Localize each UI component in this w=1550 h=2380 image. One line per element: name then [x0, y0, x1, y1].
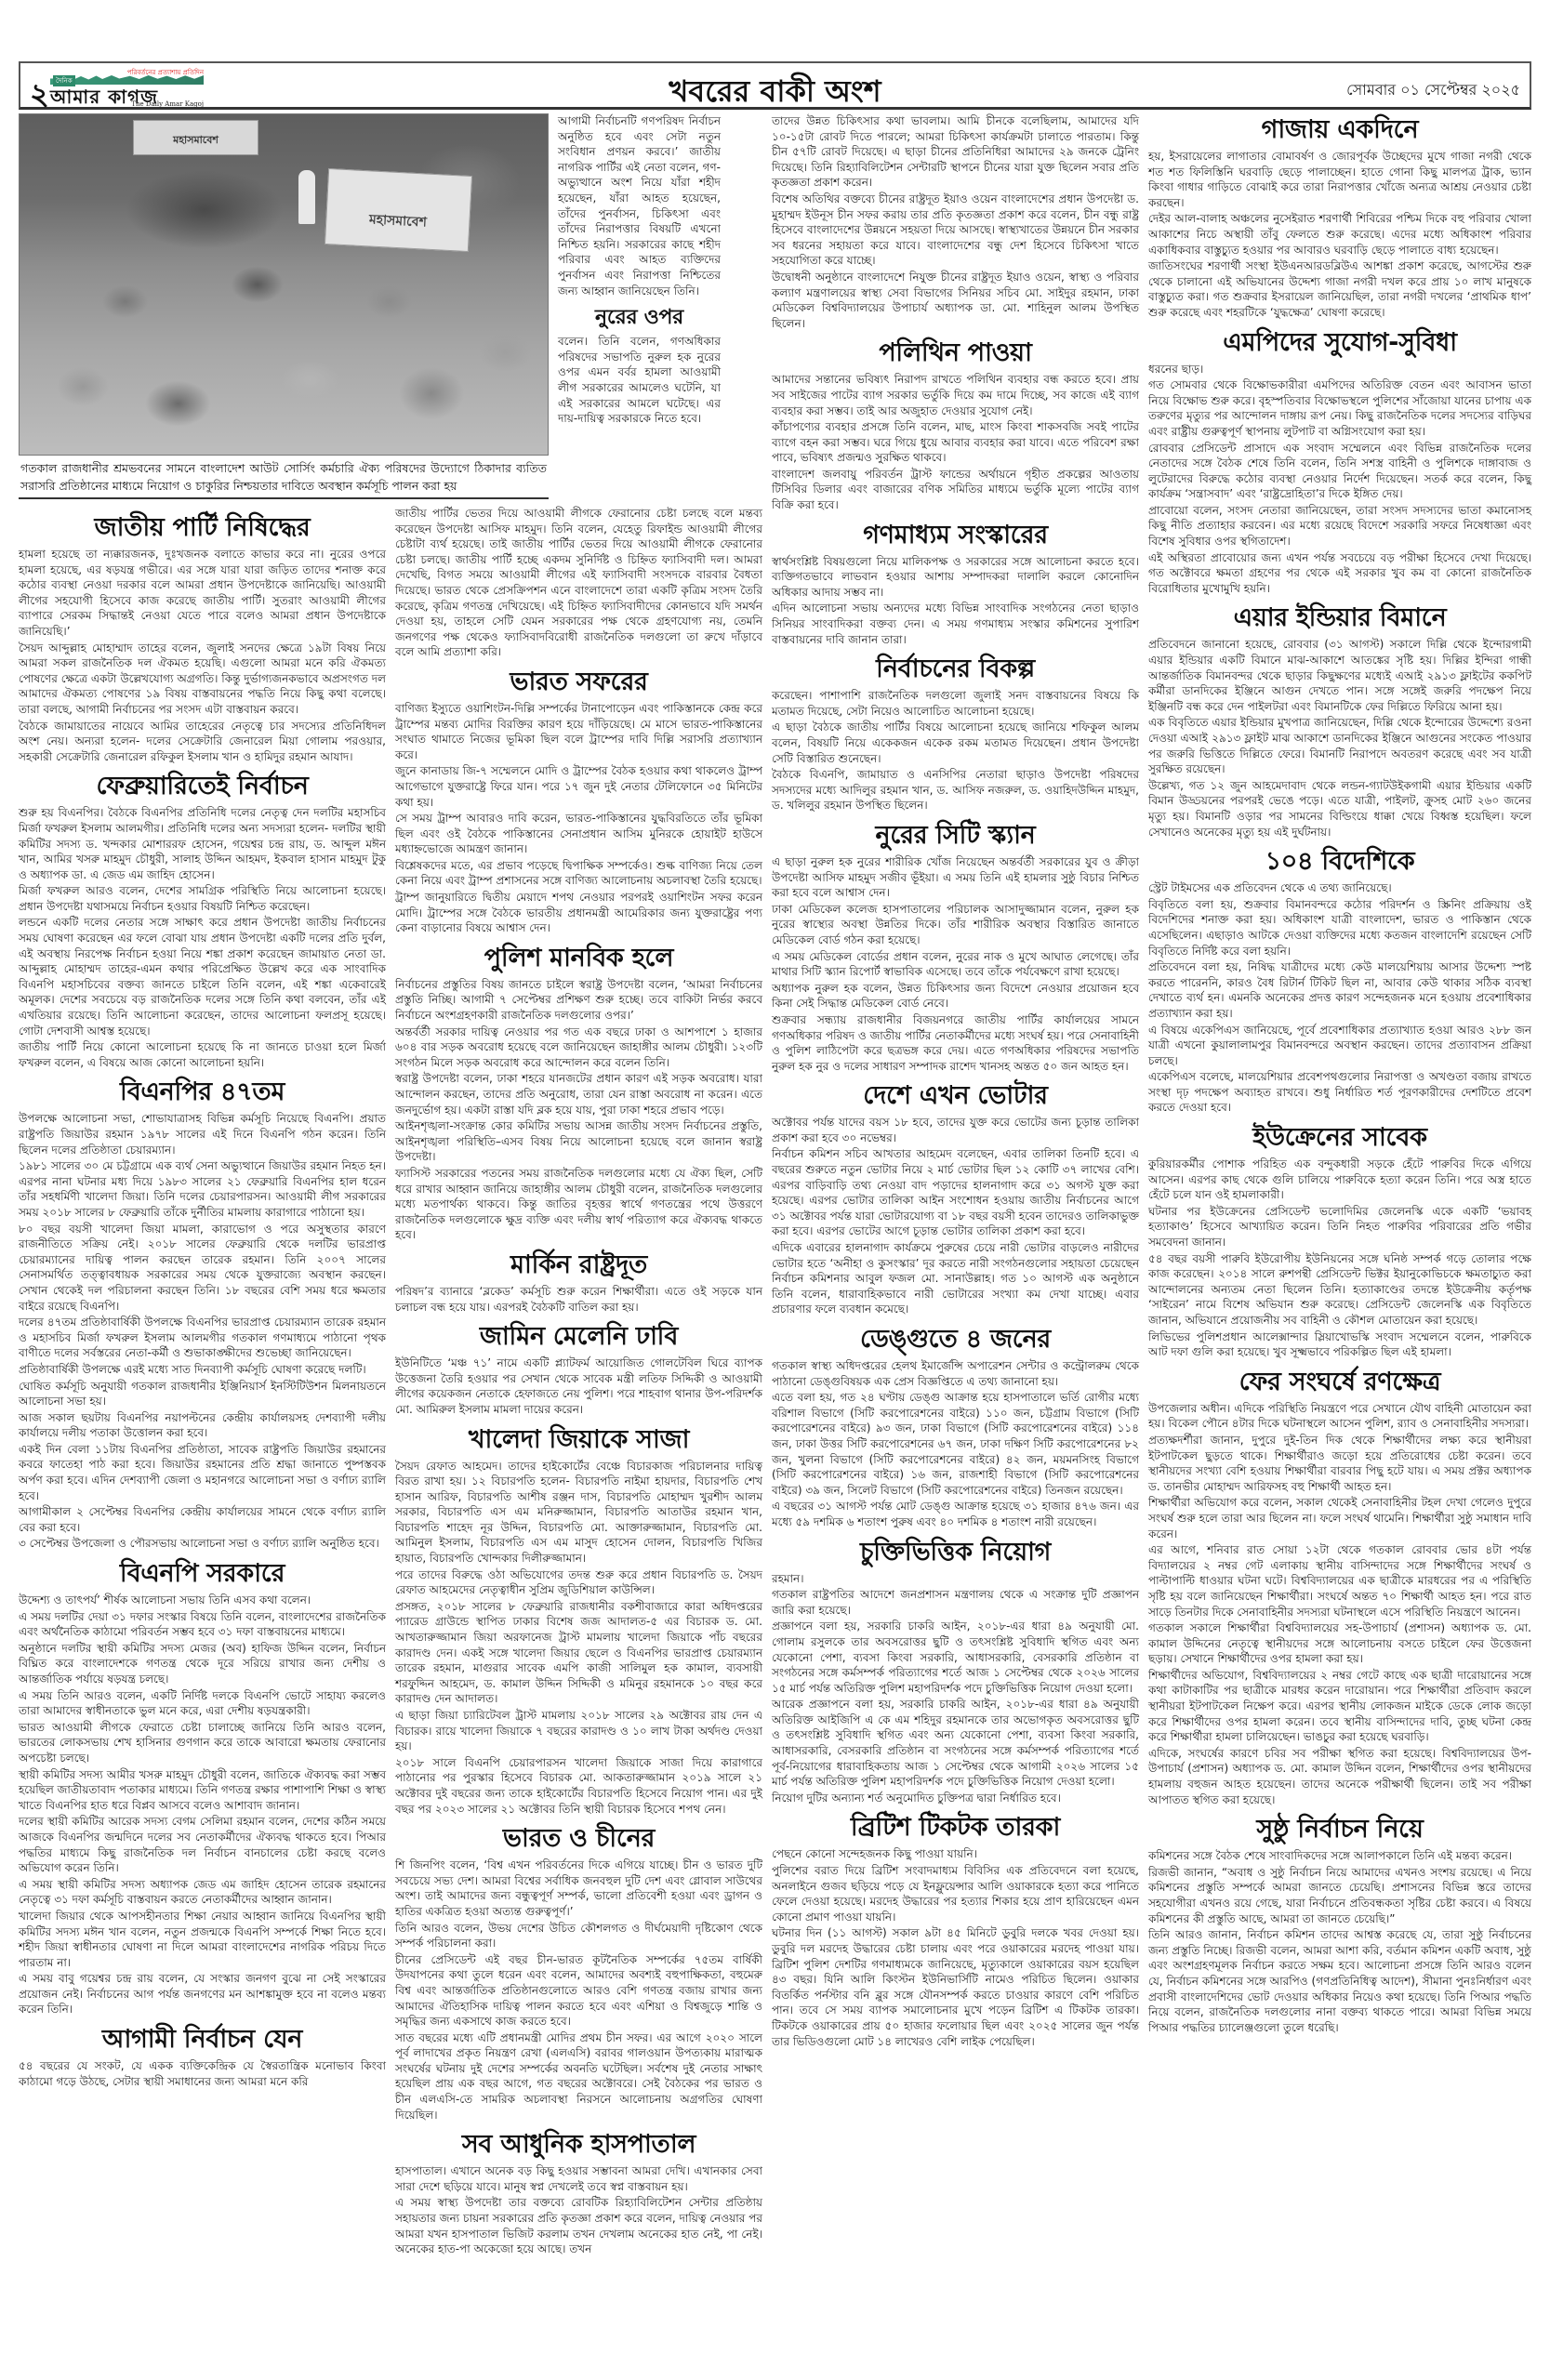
photo-banner-top: মহাসমাবেশ: [133, 120, 258, 155]
paragraph: এ ছাড়া বৈঠকে জাতীয় পার্টির বিষয়ে আলোচ…: [772, 720, 1139, 766]
paragraph: মির্জা ফখরুল আরও বলেন, দেশের সামগ্রিক পর…: [19, 883, 386, 914]
paragraph: তিনি আরও বলেন, উভয় দেশের উচিত কৌশলগত ও …: [395, 1921, 762, 1951]
paragraph: হামলা হয়েছে তা ন্যক্কারজনক, দুঃখজনক বলা…: [19, 547, 386, 640]
paragraph: স্ট্রেট টাইমসের এক প্রতিবেদন থেকে এ তথ্য…: [1148, 880, 1531, 896]
paragraph: প্রতিবেদনে বলা হয়, নিষিদ্ধ যাত্রীদের মধ…: [1148, 959, 1531, 1021]
paragraph: এই অস্থিরতা প্রাবোয়োর জন্য এখন পর্যন্ত …: [1148, 550, 1531, 597]
photo-figure: [298, 170, 315, 224]
paragraph: উপজেলার অধীন। এদিকে পরিস্থিতি নিয়ন্ত্রণ…: [1148, 1401, 1531, 1432]
paragraph: একেপিএস বলেছে, মালয়েশিয়ার প্রবেশপথগুলো…: [1148, 1069, 1531, 1116]
beside-photo-text: আগামী নির্বাচনটি গণপরিষদ নির্বাচন অনুষ্ঠ…: [558, 113, 721, 428]
paragraph: আরেক প্রজ্ঞাপনে বলা হয়, সরকারি চাকরি আই…: [772, 1697, 1139, 1790]
paragraph: ঘটনার দিন (১১ আগস্ট) সকাল ৯টা ৪৫ মিনিটে …: [772, 1925, 1139, 2049]
paragraph: এর আগে, শনিবার রাত সোয়া ১২টা থেকে গতকাল…: [1148, 1542, 1531, 1620]
side-paragraph: আগামী নির্বাচনটি গণপরিষদ নির্বাচন অনুষ্ঠ…: [558, 113, 721, 298]
paragraph: সৈয়দ রেফাত আহমেদ। তাদের হাইকোর্টের বেঞ্…: [395, 1459, 762, 1567]
paragraph: এ সময় স্থায়ী কমিটির সদস্য অধ্যাপক জেড …: [19, 1877, 386, 1908]
headline[interactable]: নির্বাচনের বিকল্প: [772, 653, 1139, 686]
headline[interactable]: এমপিদের সুযোগ-সুবিধা: [1148, 326, 1531, 360]
column-2: জাতীয় পার্টির ভেতর দিয়ে আওয়ামী লীগকে …: [395, 506, 762, 2258]
paragraph: শুক্রবার সন্ধ্যায় রাজধানীর বিজয়নগরে জা…: [772, 1012, 1139, 1074]
paragraph: এতে বলা হয়, গত ২৪ ঘণ্টায় ডেঙ্গু আক্রান…: [772, 1390, 1139, 1498]
paragraph: ইউনিটিতে ‘মঞ্চ ৭১’ নামে একটি প্ল্যাটফর্ম…: [395, 1355, 762, 1417]
paragraph: দলের ৪৭তম প্রতিষ্ঠাবার্ষিকী উপলক্ষে বিএন…: [19, 1315, 386, 1361]
paragraph: এ বিষয়ে একেপিএস জানিয়েছে, পূর্বে প্রবে…: [1148, 1023, 1531, 1069]
paragraph: রোববার প্রেসিডেন্ট প্রাসাদে এক সংবাদ সম্…: [1148, 441, 1531, 502]
column-3: তাদের উন্নত চিকিৎসার কথা ভাবলাম। আমি চীন…: [772, 113, 1139, 2050]
paragraph: অন্তর্বর্তী সরকার দায়িত্ব নেওয়ার পর গত…: [395, 1025, 762, 1071]
paragraph: আমাদের সন্তানের ভবিষ্যৎ নিরাপদ রাখতে পলি…: [772, 372, 1139, 418]
paragraph: এ ছাড়া জিয়া চ্যারিটেবল ট্রাস্ট মামলায়…: [395, 1708, 762, 1754]
paragraph: ট্রাম্প জানুয়ারিতে দ্বিতীয় মেয়াদে শপথ…: [395, 890, 762, 936]
paragraph: শুরু হয় বিএনপির। বৈঠকে বিএনপির প্রতিনিধ…: [19, 805, 386, 882]
paragraph: ৩ সেপ্টেম্বর উপজেলা ও পৌরসভায় আলোচনা সভ…: [19, 1536, 386, 1552]
paragraph: এ সময় তিনি আরও বলেন, একটি নির্দিষ্ট দলক…: [19, 1688, 386, 1719]
paragraph: আজ সকাল ছয়টায় বিএনপির নয়াপল্টনের কেন্…: [19, 1410, 386, 1441]
headline[interactable]: ব্রিটিশ টিকটক তারকা: [772, 1811, 1139, 1844]
headline[interactable]: ফের সংঘর্ষে রণক্ষেত্র: [1148, 1366, 1531, 1399]
paragraph: চীনের প্রেসিডেন্ট এই বছর চীন-ভারত কূটনৈত…: [395, 1952, 762, 2030]
headline[interactable]: পুলিশ মানবিক হলে: [395, 942, 762, 975]
paragraph: অক্টোবর পর্যন্ত যাদের বয়স ১৮ হবে, তাদের…: [772, 1115, 1139, 1145]
paragraph: পেছনে কোনো সন্দেহজনক কিছু পাওয়া যায়নি।: [772, 1846, 1139, 1862]
paragraph: ফ্যাসিস্ট সরকারের পতনের সময় রাজনৈতিক দল…: [395, 1166, 762, 1243]
paragraph: আগামীকাল ২ সেপ্টেম্বর বিএনপির কেন্দ্রীয়…: [19, 1504, 386, 1535]
headline[interactable]: বিএনপির ৪৭তম: [19, 1076, 386, 1109]
paragraph: এ বছরের ৩১ আগস্ট পর্যন্ত মোট ডেঙ্গু আক্র…: [772, 1499, 1139, 1529]
paragraph: উল্লেখ্য, গত ১২ জুন আহমেদাবাদ থেকে লন্ডন…: [1148, 778, 1531, 840]
headline[interactable]: এয়ার ইন্ডিয়ার বিমানে: [1148, 602, 1531, 635]
paragraph: অনুষ্ঠানে দলটির স্থায়ী কমিটির সদস্য মেজ…: [19, 1641, 386, 1687]
paragraph: এ সময় স্বাস্থ্য উপদেষ্টা তার বক্তব্যে র…: [395, 2195, 762, 2256]
headline[interactable]: খালেদা জিয়াকে সাজা: [395, 1423, 762, 1457]
paragraph: উপলক্ষে আলোচনা সভা, শোভাযাত্রাসহ বিভিন্ন…: [19, 1111, 386, 1157]
protest-photo[interactable]: মহাসমাবেশ মহাসমাবেশ: [19, 113, 549, 456]
paragraph: আইনশৃঙ্খলা-সংক্রান্ত কোর কমিটির সভায় আস…: [395, 1118, 762, 1165]
paragraph: এক বিবৃতিতে এয়ার ইন্ডিয়ার মুখপাত্র জান…: [1148, 715, 1531, 776]
paragraph: পরিষদ’র ব্যানারে ‘ব্লকেড’ কর্মসূচি শুরু …: [395, 1284, 762, 1315]
paragraph: খালেদা জিয়ার থেকে আপসহীনতার শিক্ষা নেয়…: [19, 1909, 386, 1970]
paragraph: করেছেন। পাশাপাশি রাজনৈতিক দলগুলো জুলাই স…: [772, 688, 1139, 719]
headline[interactable]: ডেঙ্গুতে ৪ জনের: [772, 1323, 1139, 1356]
paragraph: পরে তাদের বিরুদ্ধে ওঠা অভিযোগের তদন্ত শু…: [395, 1567, 762, 1598]
paragraph: সে সময় ট্রাম্প আবারও দাবি করেন, ভারত-পা…: [395, 811, 762, 857]
paragraph: গত সোমবার থেকে বিক্ষোভকারীরা এমপিদের অতি…: [1148, 377, 1531, 439]
paragraph: এ ছাড়া নুরুল হক নুরের শারীরিক খোঁজ নিয়…: [772, 854, 1139, 901]
headline[interactable]: বিএনপি সরকারে: [19, 1557, 386, 1591]
paragraph: ৫৪ বছরের যে সংকট, যে একক ব্যক্তিকেন্দ্রি…: [19, 2058, 386, 2089]
paragraph: জাতীয় পার্টির ভেতর দিয়ে আওয়ামী লীগকে …: [395, 506, 762, 660]
paragraph: জাতীয় পার্টি নিয়ে কোনো আলোচনা হয়েছে ক…: [19, 1039, 386, 1070]
paragraph: ৫৪ বছর বয়সী পারুবি ইউরোপীয় ইউনিয়নের স…: [1148, 1251, 1531, 1329]
paragraph: এদিন আলোচনা সভায় অন্যদের মধ্যে বিভিন্ন …: [772, 601, 1139, 647]
paragraph: গতকাল সকালে শিক্ষার্থীরা বিশ্ববিদ্যালয়ে…: [1148, 1620, 1531, 1667]
headline[interactable]: দেশে এখন ভোটার: [772, 1079, 1139, 1113]
paragraph: তিনি আরও জানান, নির্বাচন কমিশন তাদের আশ্…: [1148, 1927, 1531, 2035]
paragraph: নিয়োগ দুটির অন্যান্য শর্ত অনুমোদিত চুক্…: [772, 1791, 1139, 1806]
paragraph: জুনে কানাডায় জি-৭ সম্মেলনে মোদি ও ট্রাম…: [395, 763, 762, 810]
paragraph: শিক্ষার্থীদের অভিযোগ, বিশ্ববিদ্যালয়ের ২…: [1148, 1668, 1531, 1745]
photo-caption: গতকাল রাজধানীর শ্রমভবনের সামনে বাংলাদেশ …: [19, 457, 549, 499]
paragraph: প্রত্যক্ষদর্শীরা জানান, দুপুরে দুই-তিন দ…: [1148, 1433, 1531, 1494]
paragraph: নির্বাচন কমিশন সচিব আখতার আহমেদ বলেছেন, …: [772, 1146, 1139, 1239]
headline[interactable]: গণমাধ্যম সংস্কারের: [772, 519, 1139, 552]
paragraph: হয়, ইসরায়েলের লাগাতার বোমাবর্ষণ ও জোরপ…: [1148, 149, 1531, 210]
paragraph: এ সময় মেডিকেল বোর্ডের প্রধান বলেন, নুরে…: [772, 949, 1139, 980]
paragraph: লন্ডনে একটি দলের নেতার সঙ্গে সাক্ষাৎ করে…: [19, 915, 386, 1038]
paragraph: এদিকে এবারের হালনাগাদ কার্যক্রমে পুরুষের…: [772, 1240, 1139, 1317]
column-1: জাতীয় পার্টি নিষিদ্ধের হামলা হয়েছে তা …: [19, 506, 386, 2090]
paragraph: উদ্বোধনী অনুষ্ঠানে বাংলাদেশে নিযুক্ত চীন…: [772, 270, 1139, 331]
headline[interactable]: ১০৪ বিদেশিকে: [1148, 845, 1531, 879]
headline[interactable]: নুরের সিটি স্ক্যান: [772, 819, 1139, 853]
paragraph: বিবৃতিতে বলা হয়, শুক্রবার বিমানবন্দরে ক…: [1148, 897, 1531, 959]
paragraph: কুরিয়ারকর্মীর পোশাক পরিহিত এক বন্দুকধার…: [1148, 1157, 1531, 1203]
paragraph: তাদের উন্নত চিকিৎসার কথা ভাবলাম। আমি চীন…: [772, 113, 1139, 191]
photo-banner-right: মহাসমাবেশ: [325, 168, 472, 252]
paragraph: প্রতিষ্ঠাবার্ষিকী উপলক্ষে এরই মধ্যে সাত …: [19, 1362, 386, 1378]
paragraph: গতকাল স্বাস্থ্য অধিদপ্তরের হেলথ ইমার্জেন…: [772, 1358, 1139, 1389]
paragraph: ভারত আওয়ামী লীগকে ফেরাতে চেষ্টা চালাচ্ছ…: [19, 1720, 386, 1766]
paragraph: ধরনের ছাড়।: [1148, 362, 1531, 377]
paragraph: স্থায়ী কমিটির সদস্য আমীর খসরু মাহমুদ চৌ…: [19, 1767, 386, 1814]
paragraph: একই দিন বেলা ১১টায় বিএনপির প্রতিষ্ঠাতা,…: [19, 1442, 386, 1503]
headline[interactable]: সব আধুনিক হাসপাতাল: [395, 2128, 762, 2162]
paragraph: বৈঠকে বিএনপি, জামায়াত ও এনসিপির নেতারা …: [772, 767, 1139, 813]
newspaper-page: ২ পরিবর্তনের প্রত্যাশায় প্রতিদিন দৈনিক …: [19, 61, 1531, 2376]
paragraph: ১৯৮১ সালের ৩০ মে চট্টগ্রামে এক ব্যর্থ সে…: [19, 1158, 386, 1220]
headline[interactable]: ফেব্রুয়ারিতেই নির্বাচন: [19, 770, 386, 803]
headline[interactable]: পলিথিন পাওয়া: [772, 337, 1139, 370]
headline[interactable]: ইউক্রেনের সাবেক: [1148, 1121, 1531, 1155]
lead-photo-block: মহাসমাবেশ মহাসমাবেশ গতকাল রাজধানীর শ্রমভ…: [19, 113, 549, 502]
masthead: ২ পরিবর্তনের প্রত্যাশায় প্রতিদিন দৈনিক …: [19, 61, 1531, 110]
paragraph: শিক্ষার্থীরা অভিযোগ করে বলেন, সকাল থেকেই…: [1148, 1495, 1531, 1541]
paragraph: বাণিজ্য ইস্যুতে ওয়াশিংটন-দিল্লি সম্পর্ক…: [395, 701, 762, 762]
paragraph: শি জিনপিং বলেন, ‘বিশ্ব এখন পরিবর্তনের দি…: [395, 1858, 762, 1919]
headline[interactable]: ভারত সফরের: [395, 666, 762, 699]
paragraph: বিশেষ অতিথির বক্তব্যে চীনের রাষ্ট্রদূত ই…: [772, 192, 1139, 269]
paragraph: কমিশনের সঙ্গে বৈঠক শেষে সাংবাদিকদের সঙ্গ…: [1148, 1848, 1531, 1864]
paragraph: এ সময় দলটির দেয়া ৩১ দফার সংস্কার বিষয়…: [19, 1609, 386, 1640]
headline-nurer-opor[interactable]: নুরের ওপর: [558, 304, 721, 332]
headline[interactable]: ভারত ও চীনের: [395, 1822, 762, 1856]
paragraph: বাংলাদেশ জলবায়ু পরিবর্তন ট্রাস্ট ফান্ডে…: [772, 467, 1139, 513]
headline[interactable]: মার্কিন রাষ্ট্রদূত: [395, 1249, 762, 1282]
paragraph: এ সময় বাবু গয়েশ্বর চন্দ্র রায় বলেন, য…: [19, 1971, 386, 2017]
paragraph: ঘোষিত কর্মসূচি অনুযায়ী গতকাল রাজধানীর ই…: [19, 1379, 386, 1409]
paragraph: স্বার্থসংশ্লিষ্ট বিষয়গুলো নিয়ে মালিকপক…: [772, 554, 1139, 601]
paragraph: প্রজ্ঞাপনে বলা হয়, সরকারি চাকরি আইন, ২০…: [772, 1619, 1139, 1696]
paragraph: রিজভী জানান, “অবাধ ও সুষ্ঠু নির্বাচন নিয…: [1148, 1865, 1531, 1926]
paragraph: এদিকে, সংঘর্ষের কারণে চবির সব পরীক্ষা স্…: [1148, 1746, 1531, 1807]
headline[interactable]: জামিন মেলেনি ঢাবি: [395, 1320, 762, 1354]
paragraph: স্বরাষ্ট্র উপদেষ্টা বলেন, ঢাকা শহরে যানজ…: [395, 1071, 762, 1117]
headline[interactable]: চুক্তিভিত্তিক নিয়োগ: [772, 1536, 1139, 1569]
paragraph: ৮০ বছর বয়সী খালেদা জিয়া মামলা, কারাভোগ…: [19, 1222, 386, 1315]
side-paragraph-2: বলেন। তিনি বলেন, গণঅধিকার পরিষদের সভাপতি…: [558, 334, 721, 427]
paragraph: অধ্যাপক নুরুল হক বলেন, উন্নত চিকিৎসার জন…: [772, 981, 1139, 1011]
paragraph: সৈয়দ আব্দুল্লাহ মোহাম্মাদ তাহের বলেন, জ…: [19, 641, 386, 718]
headline[interactable]: জাতীয় পার্টি নিষিদ্ধের: [19, 511, 386, 545]
paragraph: জাতিসংঘের শরণার্থী সংস্থা ইউএনআরডব্লিউএ …: [1148, 258, 1531, 320]
paragraph: উদ্দেশ্য ও তাৎপর্য’ শীর্ষক আলোচনা সভায় …: [19, 1593, 386, 1608]
headline[interactable]: আগামী নির্বাচন যেন: [19, 2023, 386, 2056]
issue-date: সোমবার ০১ সেপ্টেম্বর ২০২৫: [1346, 78, 1520, 103]
paragraph: প্রসঙ্গত, ২০১৮ সালের ৮ ফেব্রুয়ারি রাজধা…: [395, 1599, 762, 1707]
paragraph: প্রতিবেদনে জানানো হয়েছে, রোববার (৩১ আগস…: [1148, 637, 1531, 714]
paragraph: ঘটনার পর ইউক্রেনের প্রেসিডেন্ট ভলোদিমির …: [1148, 1204, 1531, 1250]
paragraph: নির্বাচনের প্রস্তুতির বিষয় জানতে চাইলে …: [395, 977, 762, 1024]
headline[interactable]: সুষ্ঠু নির্বাচন নিয়ে: [1148, 1813, 1531, 1846]
paragraph: ২০১৮ সালে বিএনপি চেয়ারপারসন খালেদা জিয়…: [395, 1755, 762, 1817]
paragraph: রহমান।: [772, 1571, 1139, 1587]
headline[interactable]: গাজায় একদিনে: [1148, 113, 1531, 147]
paragraph: দলের স্থায়ী কমিটির আরেক সদস্য বেগম সেলি…: [19, 1814, 386, 1875]
paragraph: বিশ্লেষকদের মতে, এর প্রভাব পড়েছে দ্বিপা…: [395, 858, 762, 889]
paragraph: হাসপাতাল। এখানে অনেক বড় কিছু হওয়ার সম্…: [395, 2163, 762, 2194]
paragraph: ঢাকা মেডিকেল কলেজ হাসপাতালের পরিচালক আসা…: [772, 902, 1139, 948]
paragraph: প্রাবোয়ো বলেন, সংসদ নেতারা জানিয়েছেন, …: [1148, 503, 1531, 549]
paragraph: পুলিশের বরাত দিয়ে ব্রিটিশ সংবাদমাধ্যম ব…: [772, 1863, 1139, 1924]
paragraph: লিভিভের পুলিশপ্রধান আলেক্সান্দার স্লিয়া…: [1148, 1329, 1531, 1360]
paragraph: গতকাল রাষ্ট্রপতির আদেশে জনপ্রশাসন মন্ত্র…: [772, 1587, 1139, 1618]
paragraph: বৈঠকে জামায়াতের নায়েবে আমির তাহেরের নে…: [19, 719, 386, 765]
paragraph: দেইর আল-বালাহ অঞ্চলের নুসেইরাত শরণার্থী …: [1148, 211, 1531, 258]
section-title: খবরের বাকী অংশ: [20, 68, 1530, 118]
paragraph: কাঁচাপণ্যের ব্যবহার প্রসঙ্গে তিনি বলেন, …: [772, 419, 1139, 466]
column-4: গাজায় একদিনে হয়, ইসরায়েলের লাগাতার বো…: [1148, 113, 1531, 2036]
paragraph: সাত বছরের মধ্যে এটি প্রধানমন্ত্রী মোদির …: [395, 2030, 762, 2123]
